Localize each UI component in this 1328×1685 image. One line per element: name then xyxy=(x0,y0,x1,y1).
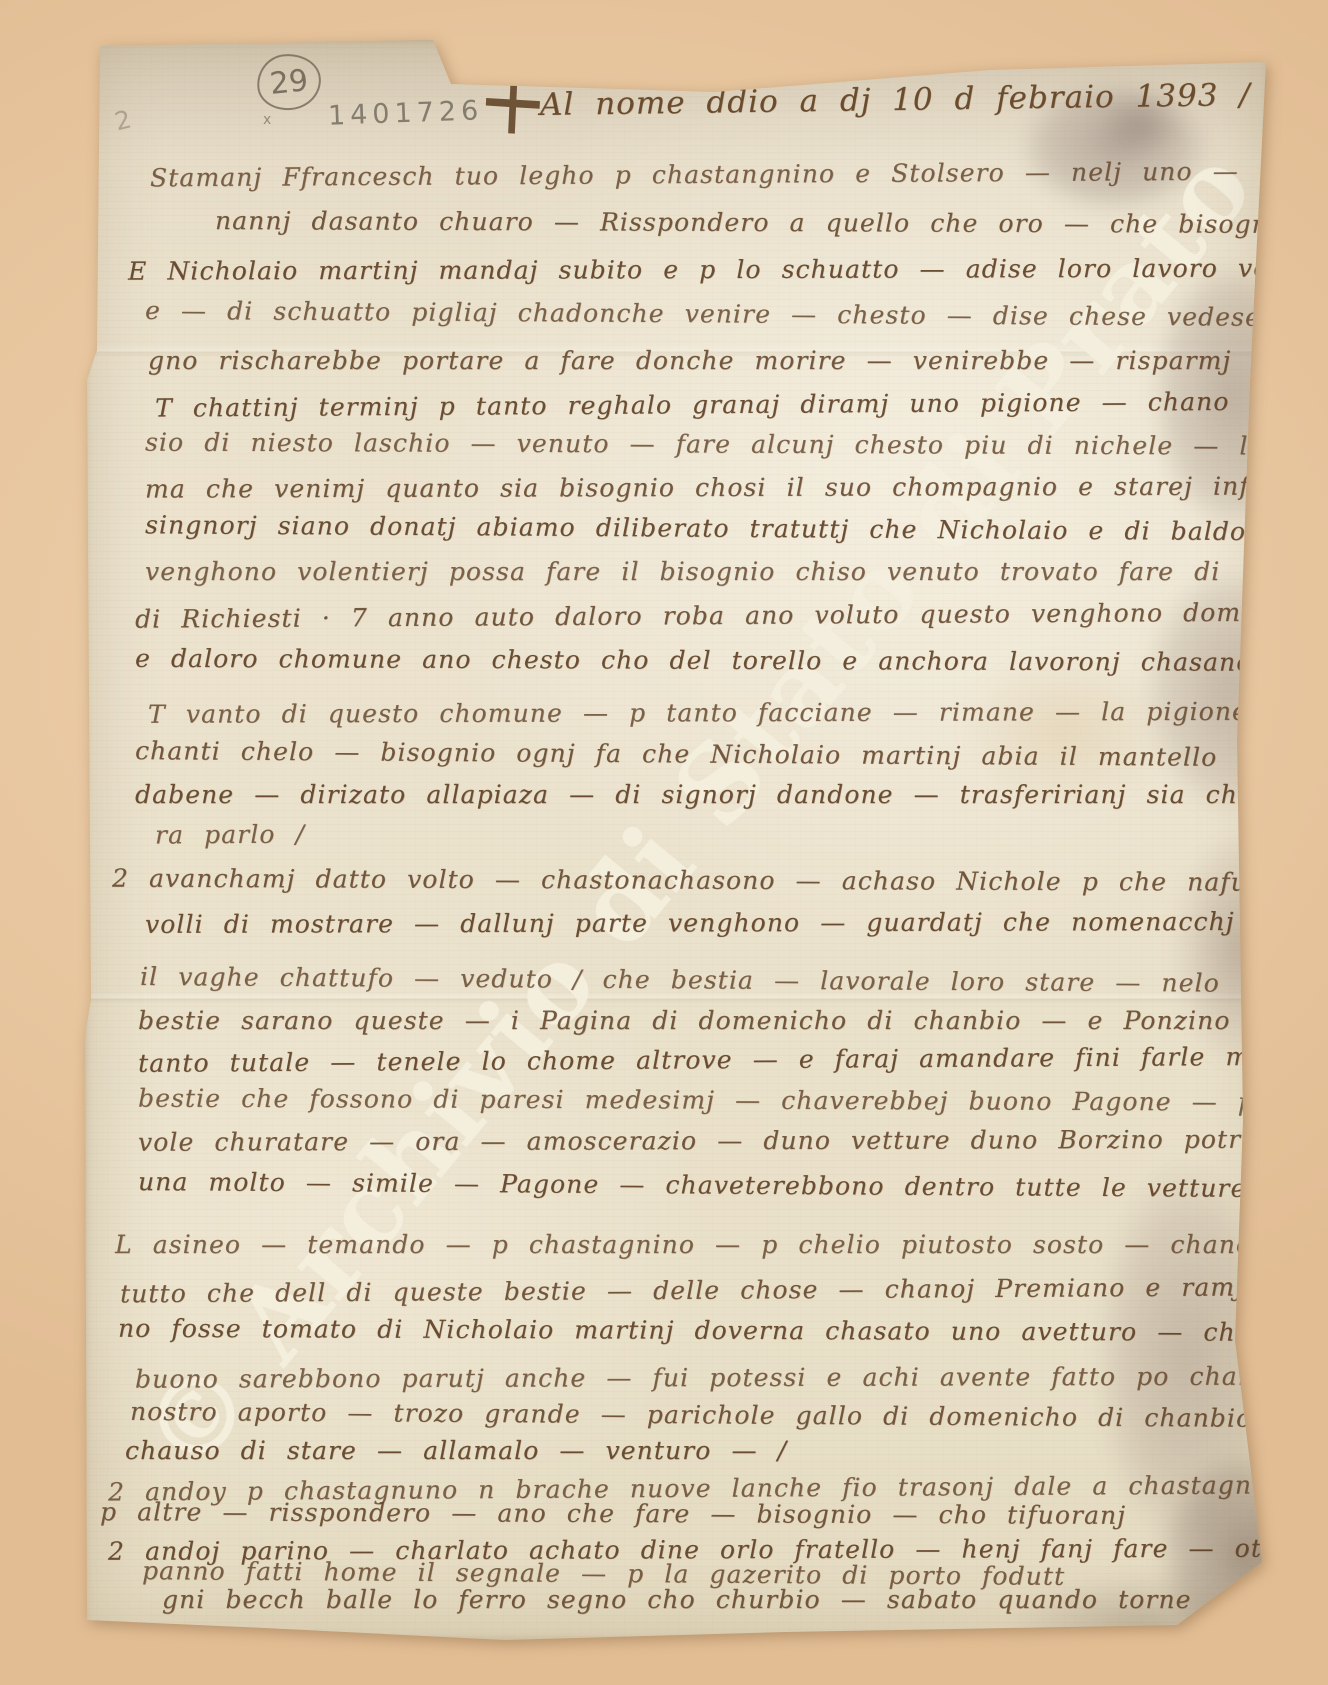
handwritten-line: L asineo — temando — p chastagnino — p c… xyxy=(115,1232,1328,1257)
handwritten-line: 2 avanchamj datto volto — chastonachason… xyxy=(112,866,1328,896)
handwritten-line: di Richiesti · 7 anno auto daloro roba a… xyxy=(135,599,1322,631)
invocation-date-line: Al nome ddio a dj 10 d febraio 1393 / xyxy=(540,77,1251,123)
handwritten-line: T chattinj terminj p tanto reghalo grana… xyxy=(155,388,1316,420)
handwritten-line: tutto che dell di queste bestie — delle … xyxy=(120,1273,1328,1307)
handwritten-line: E Nicholaio martinj mandaj subito e p lo… xyxy=(128,255,1328,283)
paper-sheet: © Archivio di Stato di Prato 29 1401726 … xyxy=(85,40,1270,1640)
handwritten-line: dabene — dirizato allapiaza — di signorj… xyxy=(135,782,1328,807)
manuscript-page: © Archivio di Stato di Prato 29 1401726 … xyxy=(85,40,1270,1640)
handwritten-line: no fosse tomato di Nicholaio martinj dov… xyxy=(118,1316,1328,1346)
handwritten-line: ma che venimj quanto sia bisognio chosi … xyxy=(145,473,1292,501)
handwritten-line: p altre — risspondero — ano che fare — b… xyxy=(100,1499,1126,1528)
handwritten-line: e daloro chomune ano chesto cho del tore… xyxy=(135,646,1328,675)
document-scan: © Archivio di Stato di Prato 29 1401726 … xyxy=(0,0,1328,1685)
handwritten-line: vole churatare — ora — amoscerazio — dun… xyxy=(138,1126,1328,1154)
handwritten-line: venghono volentierj possa fare il bisogn… xyxy=(145,559,1220,584)
pencil-x-mark: x xyxy=(263,112,271,128)
handwritten-line: nostro aporto — trozo grande — parichole… xyxy=(130,1399,1328,1432)
corner-pencil-mark: 2 xyxy=(112,105,134,137)
folio-number-stamp: 29 xyxy=(254,51,324,113)
handwritten-line: chauso di stare — allamalo — venturo — / xyxy=(125,1438,787,1463)
handwritten-line: una molto — simile — Pagone — chavetereb… xyxy=(138,1169,1328,1202)
handwritten-line: gno rischarebbe portare a fare donche mo… xyxy=(148,348,1310,373)
handwritten-line: buono sarebbono parutj anche — fui potes… xyxy=(135,1363,1328,1391)
handwritten-line: gni becch balle lo ferro segno cho churb… xyxy=(162,1587,1328,1612)
handwritten-line: tanto tutale — tenele lo chome altrove —… xyxy=(138,1043,1328,1076)
folio-number: 29 xyxy=(268,63,310,102)
handwritten-line: chanti chelo — bisognio ognj fa che Nich… xyxy=(135,738,1328,771)
handwritten-line: Stamanj Ffrancesch tuo legho p chastangn… xyxy=(150,159,1239,191)
inventory-number: 1401726 xyxy=(328,95,484,131)
handwritten-line: sio di niesto laschio — venuto — fare al… xyxy=(145,430,1328,460)
handwritten-line: ra parlo / xyxy=(155,822,305,848)
handwritten-line: e — di schuatto pigliaj chadonche venire… xyxy=(145,298,1328,331)
handwritten-line: singnorj siano donatj abiamo diliberato … xyxy=(145,512,1328,544)
handwritten-line: nannj dasanto chuaro — Risspondero a que… xyxy=(215,208,1294,237)
handwritten-line: volli di mostrare — dallunj parte vengho… xyxy=(145,908,1328,937)
handwritten-line: T vanto di questo chomune — p tanto facc… xyxy=(148,698,1328,726)
handwritten-line: il vaghe chattufo — veduto / che bestia … xyxy=(140,964,1328,997)
handwritten-line: bestie che fossono di paresi medesimj — … xyxy=(138,1086,1328,1116)
handwritten-line: bestie sarano queste — i Pagina di domen… xyxy=(138,1008,1328,1033)
